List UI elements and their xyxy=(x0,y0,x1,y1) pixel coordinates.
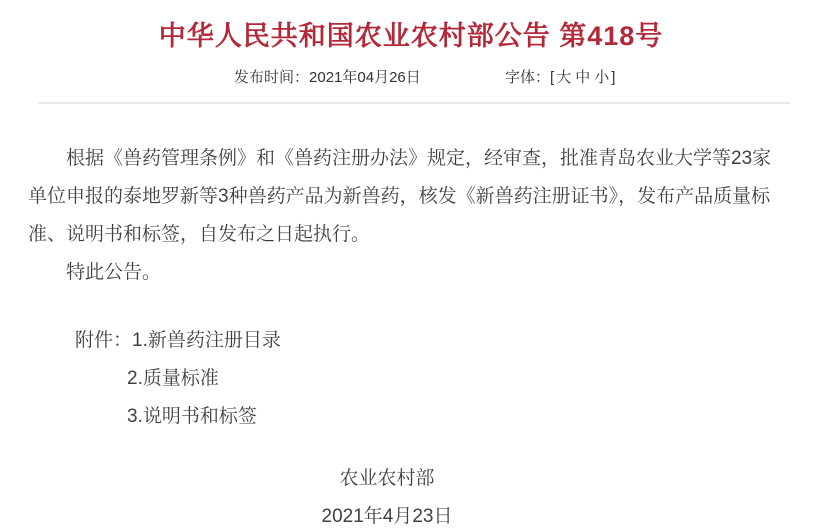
attachment-line-1: 附件：1.新兽药注册目录 xyxy=(75,322,786,360)
page-title: 中华人民共和国农业农村部公告 第418号 xyxy=(0,14,822,53)
header-divider xyxy=(38,102,790,104)
attachments-label: 附件： xyxy=(75,330,132,351)
font-size-large-link[interactable]: 大 xyxy=(556,69,571,86)
closing-line: 特此公告。 xyxy=(28,254,786,292)
attachment-item-1: 1.新兽药注册目录 xyxy=(132,330,281,351)
font-bracket-open: [ xyxy=(550,69,554,86)
publish-time-label: 发布时间： xyxy=(234,69,309,86)
announcement-body: 根据《兽药管理条例》和《兽药注册办法》规定，经审查，批准青岛农业大学等23家单位… xyxy=(28,140,786,529)
meta-row: 发布时间：2021年04月26日 字体：[大中小] xyxy=(0,66,822,88)
font-size-label: 字体： xyxy=(505,69,550,86)
font-size-small-link[interactable]: 小 xyxy=(594,69,609,86)
issue-date: 2021年4月23日 xyxy=(28,498,746,529)
font-bracket-close: ] xyxy=(611,69,615,86)
announcement-page: 中华人民共和国农业农村部公告 第418号 发布时间：2021年04月26日 字体… xyxy=(0,0,822,529)
publish-time-value: 2021年04月26日 xyxy=(309,69,421,86)
issuer-name: 农业农村部 xyxy=(28,460,746,498)
body-paragraph: 根据《兽药管理条例》和《兽药注册办法》规定，经审查，批准青岛农业大学等23家单位… xyxy=(28,140,786,254)
font-size-medium-link[interactable]: 中 xyxy=(575,69,590,86)
font-size-switcher: 字体：[大中小] xyxy=(505,66,615,87)
attachment-item-2: 2.质量标准 xyxy=(127,360,786,398)
attachments-section: 附件：1.新兽药注册目录 2.质量标准 3.说明书和标签 xyxy=(28,322,786,436)
signature-block: 农业农村部 2021年4月23日 xyxy=(28,460,786,529)
publish-time: 发布时间：2021年04月26日 xyxy=(234,66,421,87)
attachment-item-3: 3.说明书和标签 xyxy=(127,398,786,436)
